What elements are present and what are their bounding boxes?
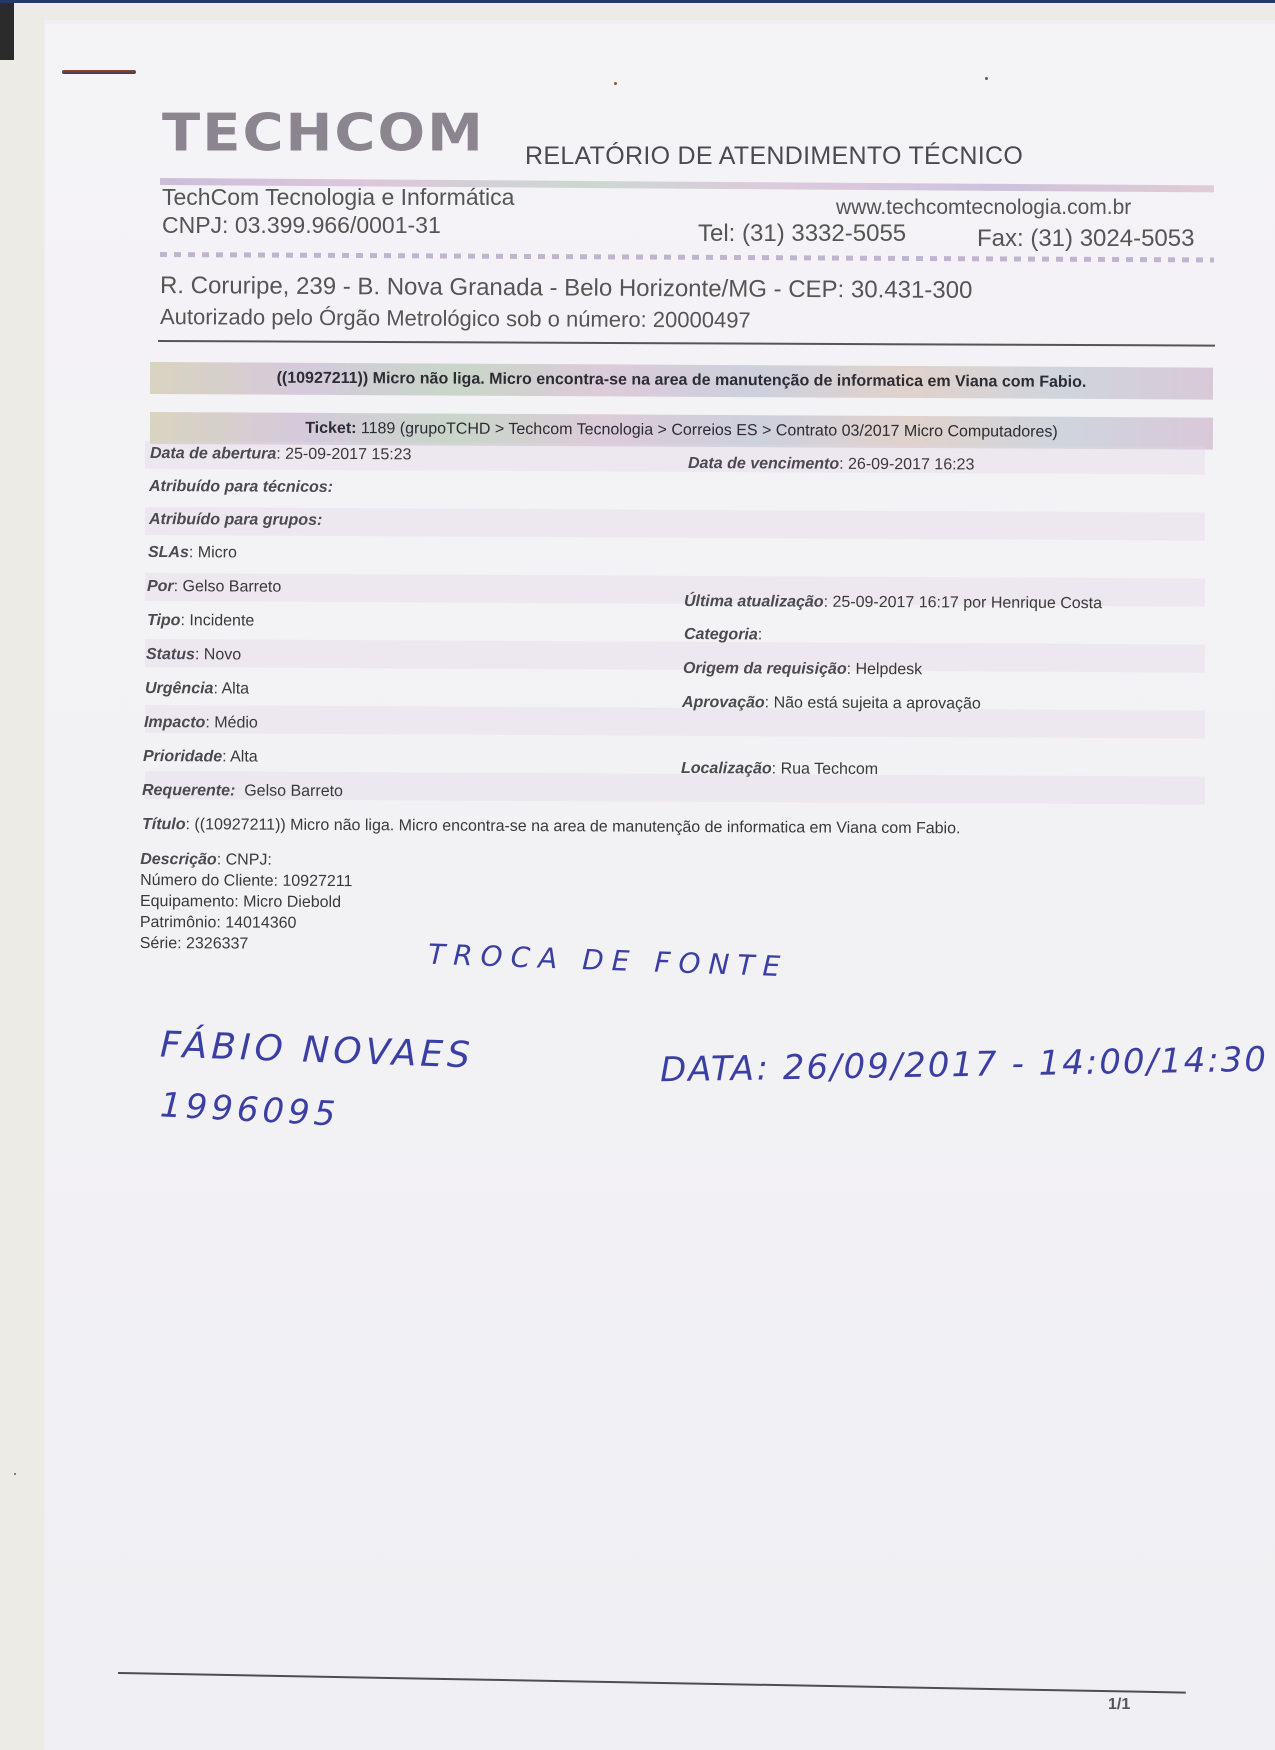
- scanner-top-edge: [0, 0, 1275, 3]
- field-slas: SLAs: Micro: [148, 544, 237, 562]
- company-address: R. Coruripe, 239 - B. Nova Granada - Bel…: [160, 272, 973, 305]
- ticket-label: Ticket:: [305, 420, 356, 438]
- descricao-equipamento: Equipamento: Micro Diebold: [140, 891, 352, 913]
- descricao-cliente: Número do Cliente: 10927211: [140, 870, 352, 892]
- page-number: 1/1: [1108, 1696, 1130, 1714]
- field-descricao: Descrição: CNPJ: Número do Cliente: 1092…: [140, 849, 353, 955]
- field-atribuido-tecnicos: Atribuído para técnicos:: [149, 478, 333, 497]
- company-website: www.techcomtecnologia.com.br: [836, 196, 1131, 220]
- field-requerente: Requerente: Gelso Barreto: [142, 782, 343, 801]
- company-cnpj: CNPJ: 03.399.966/0001-31: [162, 212, 441, 239]
- scanner-background: [0, 0, 1275, 20]
- field-status: Status: Novo: [146, 646, 241, 664]
- field-ultima-atualizacao: Última atualização: 25-09-2017 16:17 por…: [684, 593, 1102, 613]
- ticket-headline-band: ((10927211)) Micro não liga. Micro encon…: [150, 362, 1213, 400]
- field-prioridade: Prioridade: Alta: [143, 748, 258, 767]
- scanner-corner: [0, 0, 14, 60]
- company-fax: Fax: (31) 3024-5053: [977, 225, 1194, 253]
- field-urgencia: Urgência: Alta: [145, 680, 249, 699]
- ticket-value: 1189 (grupoTCHD > Techcom Tecnologia > C…: [361, 420, 1058, 442]
- techcom-logo: TECHCOM: [162, 108, 485, 160]
- field-data-vencimento: Data de vencimento: 26-09-2017 16:23: [688, 455, 974, 474]
- company-tel: Tel: (31) 3332-5055: [698, 220, 906, 248]
- report-title: RELATÓRIO DE ATENDIMENTO TÉCNICO: [525, 142, 1023, 171]
- field-impacto: Impacto: Médio: [144, 714, 258, 733]
- field-localizacao: Localização: Rua Techcom: [681, 760, 878, 779]
- scanner-background-left: [0, 0, 44, 1750]
- ticket-headline: ((10927211)) Micro não liga. Micro encon…: [277, 370, 1087, 392]
- field-tipo: Tipo: Incidente: [147, 612, 254, 631]
- descricao-patrimonio: Patrimônio: 14014360: [140, 912, 352, 934]
- field-por: Por: Gelso Barreto: [147, 578, 281, 597]
- field-data-abertura: Data de abertura: 25-09-2017 15:23: [150, 445, 412, 464]
- field-origem-requisicao: Origem da requisição: Helpdesk: [683, 660, 922, 679]
- scan-speck: [985, 77, 988, 80]
- metrology-authorization: Autorizado pelo Órgão Metrológico sob o …: [160, 304, 751, 334]
- field-atribuido-grupos: Atribuído para grupos:: [149, 511, 322, 530]
- scan-speck: [14, 1473, 16, 1475]
- field-categoria: Categoria:: [684, 626, 762, 644]
- field-aprovacao: Aprovação: Não está sujeita a aprovação: [682, 694, 981, 714]
- staple-mark: [62, 70, 136, 74]
- descricao-serie: Série: 2326337: [140, 933, 352, 955]
- scan-speck: [614, 82, 617, 85]
- company-name: TechCom Tecnologia e Informática: [162, 184, 514, 211]
